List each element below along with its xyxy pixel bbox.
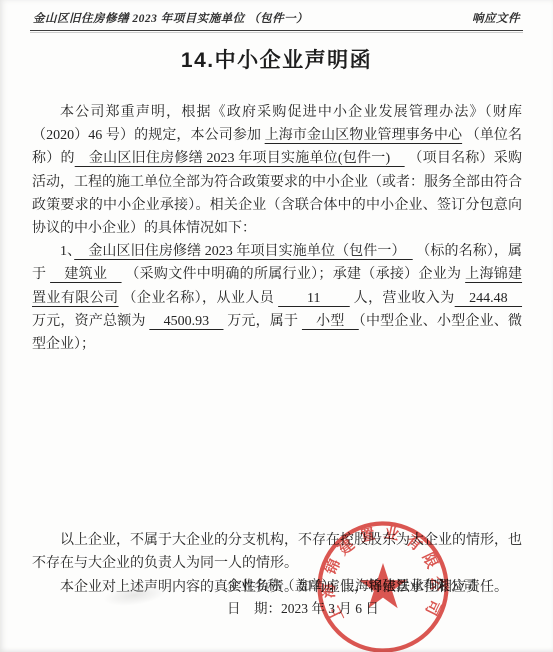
date-label: 日 期： — [227, 601, 281, 616]
page-header: 金山区旧住房修缮 2023 年项目实施单位 （包件一） 响应文件 — [33, 10, 520, 26]
blank-subject-name: 金山区旧住房修缮 2023 年项目实施单位（包件一） — [74, 244, 412, 259]
blank-project-name: 金山区旧住房修缮 2023 年项目实施单位(包件一) — [75, 151, 405, 166]
blank-total-assets: 4500.93 — [149, 314, 223, 329]
header-right-text: 响应文件 — [472, 10, 520, 26]
text-run: 万元，属于 — [223, 314, 301, 329]
text-run: （采购文件中明确的所属行业）；承建（承接）企业为 — [122, 267, 466, 282]
signature-company-line: 企业名称（盖章）：上海锦建置业有限公司 — [227, 574, 477, 597]
header-divider — [30, 30, 523, 31]
text-run: 万元，资产总额为 — [32, 314, 149, 329]
company-seal-label: 企业名称（盖章）： — [227, 578, 342, 593]
date-value: 2023 年 3 月 6 日 — [281, 601, 379, 616]
paragraph-declaration: 本公司郑重声明，根据《政府采购促进中小企业发展管理办法》（财库（2020）46 … — [32, 101, 522, 240]
header-left-text: 金山区旧住房修缮 2023 年项目实施单位 （包件一） — [33, 10, 308, 26]
document-page: 金山区旧住房修缮 2023 年项目实施单位 （包件一） 响应文件 14.中小企业… — [0, 0, 553, 652]
document-body: 本公司郑重声明，根据《政府采购促进中小企业发展管理办法》（财库（2020）46 … — [32, 101, 522, 599]
paragraph-item-1: 1、 金山区旧住房修缮 2023 年项目实施单位（包件一） （标的名称），属于 … — [32, 240, 522, 356]
text-run: 人，营业收入为 — [350, 291, 455, 306]
text-run: 1、 — [60, 244, 74, 259]
text-run: （企业名称），从业人员 — [119, 291, 279, 306]
signature-block: 企业名称（盖章）：上海锦建置业有限公司 日 期：2023 年 3 月 6 日 — [227, 574, 477, 620]
paragraph-assurance: 以上企业，不属于大企业的分支机构，不存在控股股东为大企业的情形，也不存在与大企业… — [32, 529, 522, 575]
signature-date-line: 日 期：2023 年 3 月 6 日 — [227, 597, 477, 620]
blank-revenue: 244.48 — [455, 291, 522, 306]
blank-industry: 建筑业 — [50, 267, 121, 282]
company-name-value: 上海锦建置业有限公司 — [342, 578, 477, 593]
blank-enterprise-size: 小型 — [302, 314, 359, 329]
blank-purchaser-name: 上海市金山区物业管理事务中心 — [265, 128, 462, 143]
blank-employee-count: 11 — [278, 291, 350, 306]
page-title: 14.中小企业声明函 — [0, 44, 553, 74]
